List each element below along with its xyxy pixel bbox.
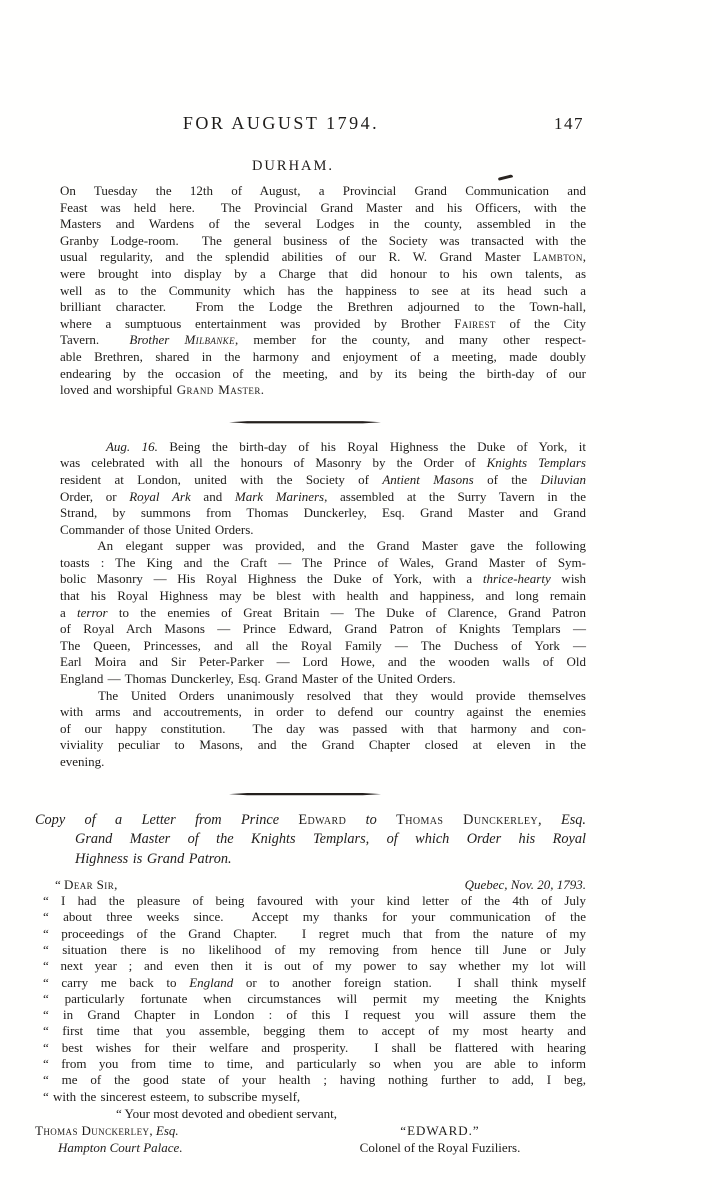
text-segment: Highness is Grand Patron.: [75, 851, 232, 867]
text-line: usual regularity, and the splendid abili…: [60, 249, 586, 266]
text-line: a terror to the enemies of Great Britain…: [60, 605, 586, 622]
text-line: of Royal Arch Masons — Prince Edward, Gr…: [60, 621, 586, 638]
text-line: “ next year ; and even then it is out of…: [43, 958, 586, 974]
text-line: “ me of the good state of your health ; …: [43, 1072, 586, 1088]
letter-salutation-row: “ Dear Sir, Quebec, Nov. 20, 1793.: [43, 876, 586, 893]
signature-title: Colonel of the Royal Fuziliers.: [300, 1139, 580, 1157]
text-segment: , Esq.: [538, 812, 586, 828]
divider-wrap: [42, 783, 568, 801]
text-segment: Thomas Dunckerley: [35, 1123, 149, 1138]
text-line: The United Orders unanimously resolved t…: [60, 688, 586, 705]
text-line: “ in Grand Chapter in London : of this I…: [43, 1007, 586, 1023]
text-line: Granby Lodge-room. The general business …: [60, 233, 586, 250]
signature-row: Hampton Court Palace. Colonel of the Roy…: [35, 1139, 586, 1157]
text-segment: Antient Masons: [382, 472, 473, 487]
signature-addressee-place: Hampton Court Palace.: [35, 1139, 300, 1157]
text-line: “ carry me back to England or to another…: [43, 975, 586, 991]
text-line: Commander of those United Orders.: [60, 522, 586, 539]
text-segment: Thomas Dunckerley: [396, 812, 538, 828]
running-head: FOR AUGUST 1794. 147: [60, 112, 586, 136]
text-line: “ with the sincerest esteem, to subscrib…: [43, 1089, 586, 1105]
article-august16: Aug. 16. Being the birth-day of his Roya…: [60, 439, 586, 771]
text-line: resident at London, united with the Soci…: [60, 472, 586, 489]
section-divider: [229, 793, 381, 796]
text-segment: Aug. 16.: [106, 439, 158, 454]
text-line: toasts : The King and the Craft — The Pr…: [60, 555, 586, 572]
letter: Copy of a Letter from Prince Edward to T…: [60, 811, 586, 1157]
text-line: Aug. 16. Being the birth-day of his Roya…: [60, 439, 586, 456]
text-segment: Brother: [129, 332, 184, 347]
text-line: Grand Master of the Knights Templars, of…: [35, 830, 586, 850]
text-line: “ proceedings of the Grand Chapter. I re…: [43, 926, 586, 942]
text-line: able Brethren, shared in the harmony and…: [60, 349, 586, 366]
text-line: Copy of a Letter from Prince Edward to T…: [35, 811, 586, 831]
text-segment: Hampton Court Palace.: [58, 1140, 183, 1155]
text-segment: Milbanke: [184, 332, 235, 347]
text-segment: Royal Ark: [129, 489, 191, 504]
text-line: “ about three weeks since. Accept my tha…: [43, 909, 586, 925]
text-segment: Mark Mariners: [235, 489, 324, 504]
text-line: brilliant character. From the Lodge the …: [60, 299, 586, 316]
signature-name: “EDWARD.”: [300, 1122, 580, 1140]
letter-body: “ I had the pleasure of being favoured w…: [43, 893, 586, 1105]
text-line: were brought into display by a Charge th…: [60, 266, 586, 283]
text-line: Order, or Royal Ark and Mark Mariners, a…: [60, 489, 586, 506]
letter-closing: “ Your most devoted and obedient servant…: [60, 1105, 586, 1122]
text-line: “ situation there is no likelihood of my…: [43, 942, 586, 958]
text-line: evening.: [60, 754, 586, 771]
text-segment: Knights Templars: [487, 455, 586, 470]
text-line: “ I had the pleasure of being favoured w…: [43, 893, 586, 909]
text-line: “ best wishes for their welfare and pros…: [43, 1040, 586, 1056]
text-segment: Esq.: [156, 1123, 179, 1138]
text-line: well as to the Community which has the h…: [60, 283, 586, 300]
text-line: that his Royal Highness may be blest wit…: [60, 588, 586, 605]
running-head-title: FOR AUGUST 1794.: [18, 112, 544, 134]
text-segment: Quebec, Nov. 20, 1793.: [465, 877, 586, 892]
article-durham: DURHAM. On Tuesday the 12th of August, a…: [60, 158, 586, 399]
text-line: An elegant supper was provided, and the …: [60, 538, 586, 555]
paragraph: The United Orders unanimously resolved t…: [60, 688, 586, 771]
text-line: Tavern. Brother Milbanke, member for the…: [60, 332, 586, 349]
text-line: Masters and Wardens of the several Lodge…: [60, 216, 586, 233]
signature-row: Thomas Dunckerley, Esq. “EDWARD.”: [35, 1122, 586, 1140]
text-segment: Dear Sir: [64, 877, 114, 892]
text-segment: England: [189, 975, 233, 990]
text-segment: Edward: [298, 812, 346, 828]
text-line: England — Thomas Dunckerley, Esq. Grand …: [60, 671, 586, 688]
text-line: Strand, by summons from Thomas Dunckerle…: [60, 505, 586, 522]
text-segment: Grand Master: [177, 382, 261, 397]
text-segment: Lambton: [533, 249, 583, 264]
scanned-page: FOR AUGUST 1794. 147 DURHAM. On Tuesday …: [0, 0, 712, 1200]
divider-wrap: [42, 411, 568, 429]
letter-dateline: Quebec, Nov. 20, 1793.: [465, 876, 586, 893]
text-line: loved and worshipful Grand Master.: [60, 382, 586, 399]
text-line: with arms and accoutrements, in order to…: [60, 704, 586, 721]
text-segment: Grand Master of the Knights Templars, of…: [75, 831, 586, 847]
text-segment: terror: [77, 605, 108, 620]
text-line: endearing by the occasion of the meeting…: [60, 366, 586, 383]
section-divider: [229, 421, 381, 424]
text-line: “ first time that you assemble, begging …: [43, 1023, 586, 1039]
page-number: 147: [554, 113, 584, 135]
text-segment: thrice-hearty: [483, 571, 551, 586]
letter-heading: Copy of a Letter from Prince Edward to T…: [35, 811, 586, 870]
text-line: The Queen, Princesses, and all the Royal…: [60, 638, 586, 655]
text-line: bolic Masonry — His Royal Highness the D…: [60, 571, 586, 588]
text-line: Earl Moira and Sir Peter-Parker — Lord H…: [60, 654, 586, 671]
text-line: of our happy constitution. The day was p…: [60, 721, 586, 738]
text-line: “ from you from time to time, and partic…: [43, 1056, 586, 1072]
text-line: where a sumptuous entertainment was prov…: [60, 316, 586, 333]
text-line: was celebrated with all the honours of M…: [60, 455, 586, 472]
text-segment: to: [346, 812, 396, 828]
paragraph: Aug. 16. Being the birth-day of his Roya…: [60, 439, 586, 539]
text-line: On Tuesday the 12th of August, a Provinc…: [60, 183, 586, 200]
text-line: viviality peculiar to Masons, and the Gr…: [60, 737, 586, 754]
text-segment: Fairest: [454, 316, 496, 331]
signature-addressee: Thomas Dunckerley, Esq.: [35, 1122, 300, 1140]
section-heading-durham: DURHAM.: [30, 158, 556, 174]
paragraph: An elegant supper was provided, and the …: [60, 538, 586, 687]
letter-salutation: “ Dear Sir,: [43, 876, 117, 893]
text-segment: Copy of a Letter from Prince: [35, 812, 298, 828]
text-segment: Diluvian: [541, 472, 587, 487]
text-line: Feast was held here. The Provincial Gran…: [60, 200, 586, 217]
paragraph: On Tuesday the 12th of August, a Provinc…: [60, 183, 586, 399]
text-line: “ particularly fortunate when circumstan…: [43, 991, 586, 1007]
text-line: Highness is Grand Patron.: [35, 850, 586, 870]
